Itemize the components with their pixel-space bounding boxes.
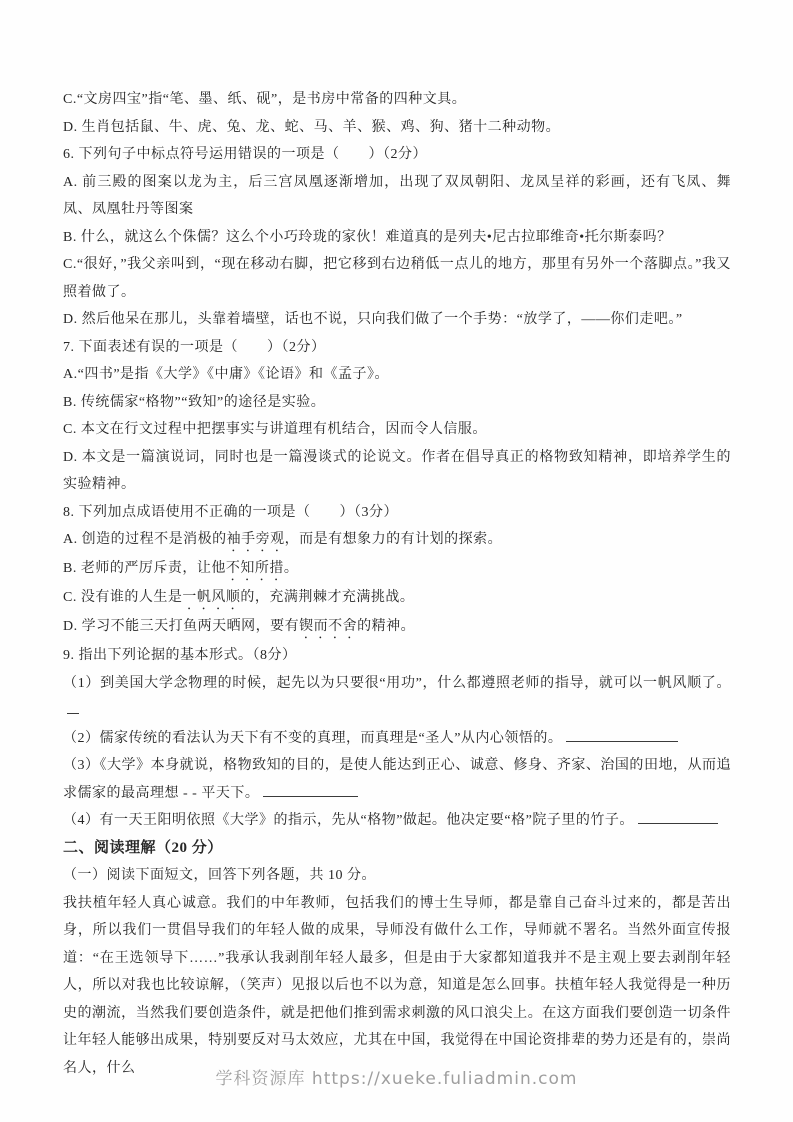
q8-option-d-emphasized-idiom: 锲而不舍 xyxy=(299,619,357,634)
q6-stem: 6. 下列句子中标点符号运用错误的一项是（ ）（2分） xyxy=(63,141,731,169)
q7-stem: 7. 下面表述有误的一项是（ ）（2分） xyxy=(63,334,731,362)
q8-option-c: C. 没有谁的人生是一帆风顺的，充满荆棘才充满挑战。 xyxy=(63,584,731,613)
q6-option-b: B. 什么，就这么个侏儒？这么个小巧玲珑的家伙！难道真的是列夫•尼古拉耶维奇•托… xyxy=(63,224,731,252)
q9-item-1-text: （1）到美国大学念物理的时候，起先以为只要很“用功”，什么都遵照老师的指导，就可… xyxy=(63,676,731,691)
q9-item-1: （1）到美国大学念物理的时候，起先以为只要很“用功”，什么都遵照老师的指导，就可… xyxy=(63,670,731,725)
q8-option-c-post: 的，充满荆棘才充满挑战。 xyxy=(240,590,414,605)
q8-option-d-post: 的精神。 xyxy=(357,619,415,634)
q9-item-3-text: （3）《大学》本身就说，格物致知的目的，是使人能达到正心、诚意、修身、齐家、治国… xyxy=(63,758,731,801)
exam-document-page: C.“文房四宝”指“笔、墨、纸、砚”，是书房中常备的四种文具。 D. 生肖包括鼠… xyxy=(0,0,793,1122)
q8-option-d: D. 学习不能三天打鱼两天晒网，要有锲而不舍的精神。 xyxy=(63,613,731,642)
q7-option-b: B. 传统儒家“格物”“致知”的途径是实验。 xyxy=(63,389,731,417)
q8-option-a-post: ，而是有想象力的有计划的探索。 xyxy=(285,532,503,547)
q8-option-b-post: 。 xyxy=(284,561,299,576)
q8-option-c-pre: C. 没有谁的人生是 xyxy=(63,590,182,605)
q9-item-4: （4）有一天王阳明依照《大学》的指示，先从“格物”做起。他决定要“格”院子里的竹… xyxy=(63,807,731,835)
q9-item-2-text: （2）儒家传统的看法认为天下有不变的真理，而真理是“圣人”从内心领悟的。 xyxy=(63,731,562,746)
q9-item-4-text: （4）有一天王阳明依照《大学》的指示，先从“格物”做起。他决定要“格”院子里的竹… xyxy=(63,813,634,828)
q8-option-a: A. 创造的过程不是消极的袖手旁观，而是有想象力的有计划的探索。 xyxy=(63,526,731,555)
answer-blank xyxy=(67,699,79,714)
reading-passage: 我扶植年轻人真心诚意。我们的中年教师，包括我们的博士生导师，都是靠自己奋斗过来的… xyxy=(63,890,731,1083)
q8-option-a-emphasized-idiom: 袖手旁观 xyxy=(227,532,285,547)
answer-blank xyxy=(263,782,358,797)
q8-option-d-pre: D. 学习不能三天打鱼两天晒网，要有 xyxy=(63,619,299,634)
watermark-footer: 学科资源库 https://xueke.fuliadmin.com xyxy=(0,1064,793,1089)
q7-option-a: A.“四书”是指《大学》《中庸》《论语》和《孟子》。 xyxy=(63,361,731,389)
q8-option-b-emphasized-idiom: 不知所措 xyxy=(226,561,284,576)
q8-option-a-pre: A. 创造的过程不是消极的 xyxy=(63,532,227,547)
q8-option-c-emphasized-idiom: 一帆风顺 xyxy=(182,590,240,605)
q6-option-d: D. 然后他呆在那儿，头靠着墙壁，话也不说，只向我们做了一个手势：“放学了，——… xyxy=(63,306,731,334)
answer-blank xyxy=(638,809,718,824)
q8-option-b-pre: B. 老师的严厉斥责，让他 xyxy=(63,561,226,576)
answer-blank xyxy=(566,727,678,742)
q5-option-d: D. 生肖包括鼠、牛、虎、兔、龙、蛇、马、羊、猴、鸡、狗、猪十二种动物。 xyxy=(63,114,731,142)
section-2-intro: （一）阅读下面短文，回答下列各题，共 10 分。 xyxy=(63,862,731,890)
q7-option-d: D. 本文是一篇演说词，同时也是一篇漫谈式的论说文。作者在倡导真正的格物致知精神… xyxy=(63,444,731,499)
q8-stem: 8. 下列加点成语使用不正确的一项是（ ）（3分） xyxy=(63,499,731,527)
q5-option-c: C.“文房四宝”指“笔、墨、纸、砚”，是书房中常备的四种文具。 xyxy=(63,86,731,114)
q6-option-a: A. 前三殿的图案以龙为主，后三宫凤凰逐渐增加，出现了双凤朝阳、龙凤呈祥的彩画，… xyxy=(63,169,731,224)
q9-item-2: （2）儒家传统的看法认为天下有不变的真理，而真理是“圣人”从内心领悟的。 xyxy=(63,725,731,753)
q9-stem: 9. 指出下列论据的基本形式。（8分） xyxy=(63,642,731,670)
section-2-title: 二、阅读理解（20 分） xyxy=(63,835,731,863)
q8-option-b: B. 老师的严厉斥责，让他不知所措。 xyxy=(63,555,731,584)
q6-option-c: C.“很好，”我父亲叫到，“现在移动右脚，把它移到右边稍低一点儿的地方，那里有另… xyxy=(63,251,731,306)
exam-content: C.“文房四宝”指“笔、墨、纸、砚”，是书房中常备的四种文具。 D. 生肖包括鼠… xyxy=(63,86,731,1082)
q7-option-c: C. 本文在行文过程中把摆事实与讲道理有机结合，因而令人信服。 xyxy=(63,416,731,444)
q9-item-3: （3）《大学》本身就说，格物致知的目的，是使人能达到正心、诚意、修身、齐家、治国… xyxy=(63,752,731,807)
